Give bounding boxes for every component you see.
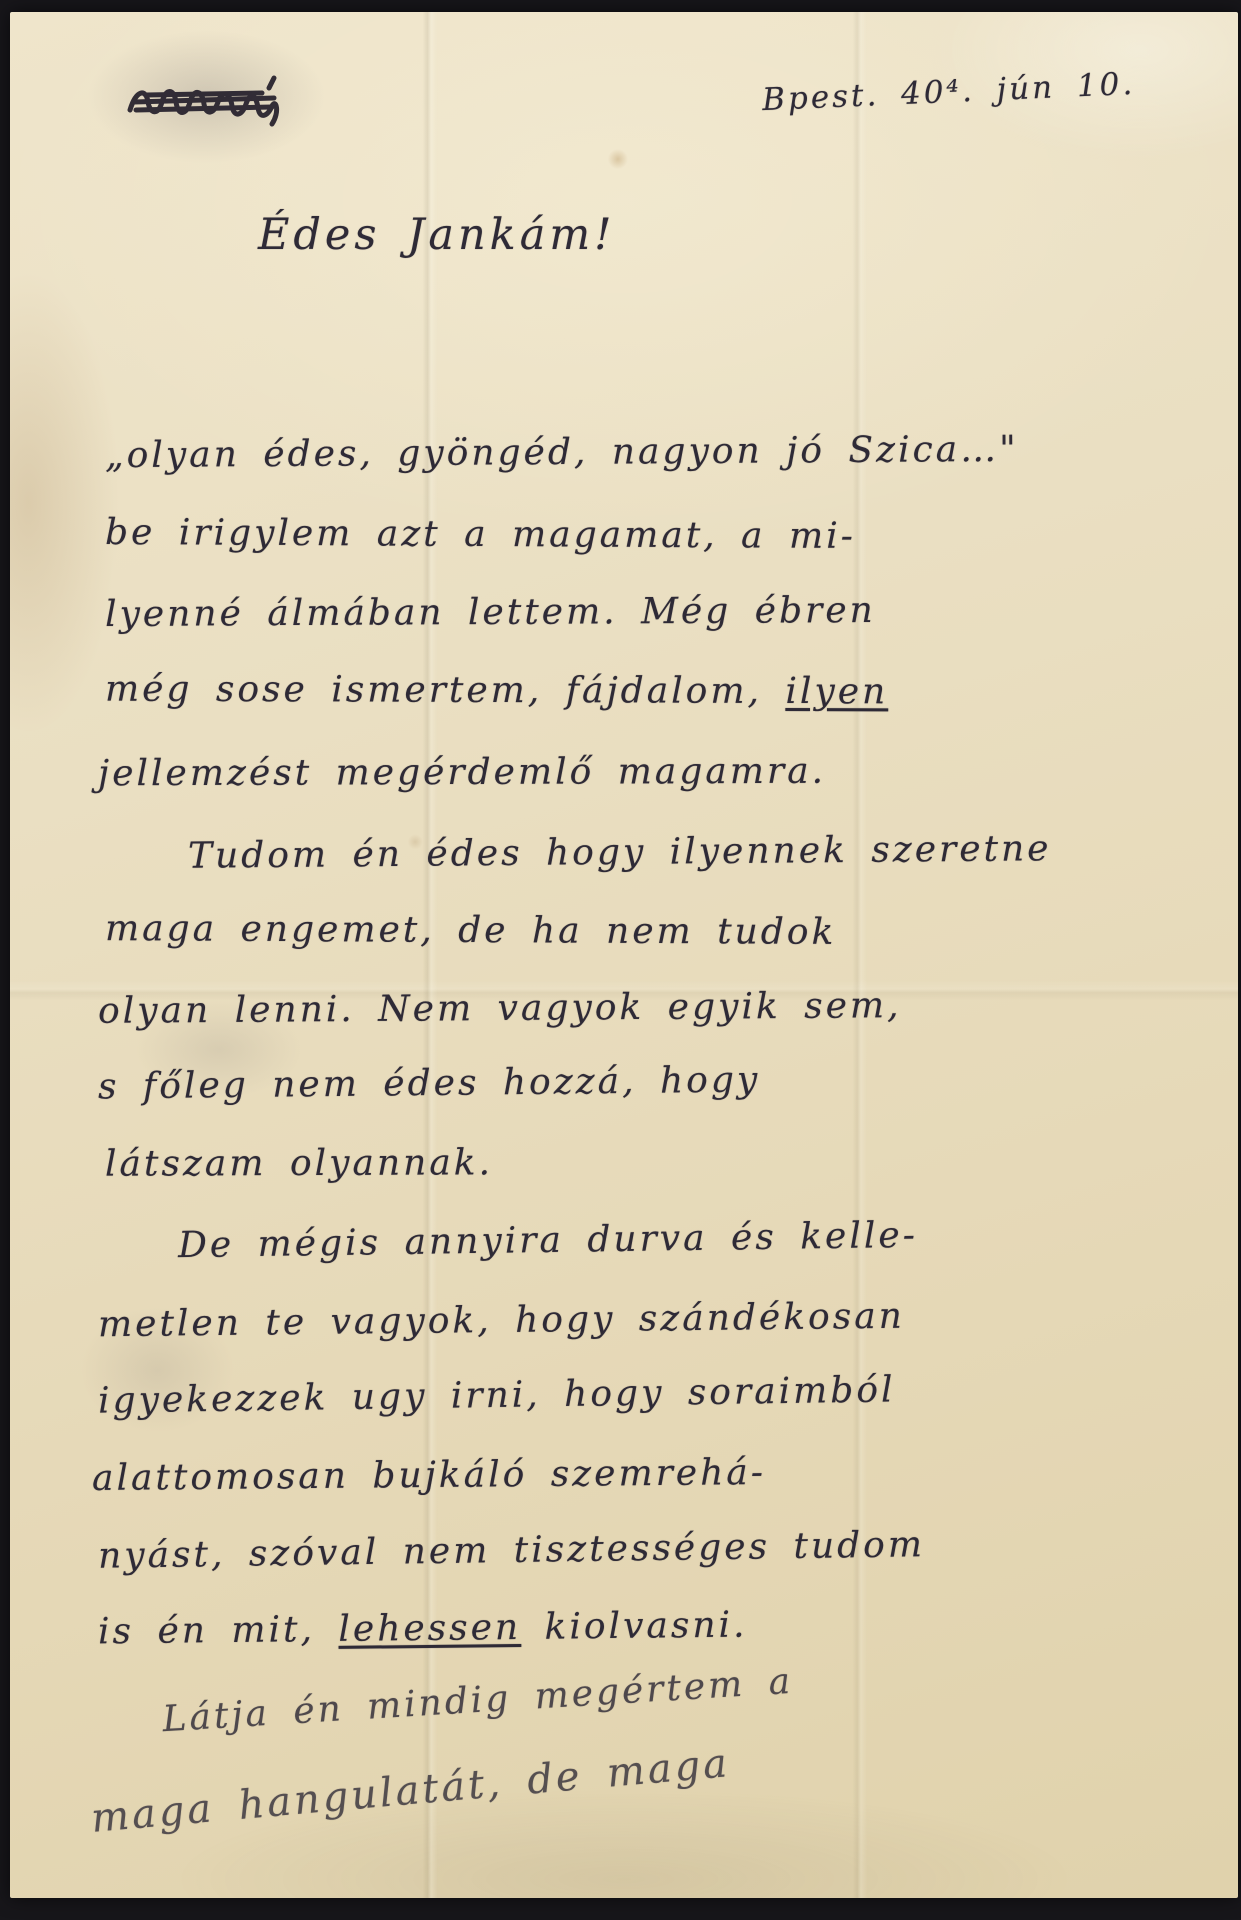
line-text: nyást, szóval nem tisztességes tudom	[98, 1524, 925, 1577]
crossed-out-scribble	[122, 70, 312, 136]
line-text: be irigylem azt a magamat, a mi-	[105, 512, 856, 557]
line-text: jellemzést megérdemlő magamra.	[98, 751, 826, 795]
line-text: Látja én mindig megértem a	[161, 1661, 794, 1740]
letter-paper: Bpest. 40⁴. jún 10. Édes Jankám! „olyan …	[10, 12, 1238, 1898]
line-text: De mégis annyira durva és kelle-	[178, 1215, 918, 1266]
letter-line: is én mit, lehessen kiolvasni.	[98, 1605, 748, 1653]
line-text: maga engemet, de ha nem tudok	[105, 908, 837, 953]
letter-line: nyást, szóval nem tisztességes tudom	[98, 1524, 925, 1577]
letter-line: „olyan édes, gyöngéd, nagyon jó Szica…"	[105, 429, 1019, 476]
letter-line: jellemzést megérdemlő magamra.	[98, 751, 826, 795]
letter-line: még sose ismertem, fájdalom, ilyen	[105, 669, 888, 713]
line-text: lyenné álmában lettem. Még ébren	[105, 590, 876, 635]
underlined-word: ilyen	[785, 671, 888, 712]
line-text: metlen te vagyok, hogy szándékosan	[98, 1296, 905, 1345]
line-text: még sose ismertem, fájdalom,	[105, 669, 786, 712]
letter-line: be irigylem azt a magamat, a mi-	[105, 512, 856, 557]
letter-line: maga hangulatát, de maga	[89, 1740, 732, 1842]
line-text: is én mit,	[98, 1609, 339, 1653]
letter-line: De mégis annyira durva és kelle-	[178, 1215, 918, 1266]
letter-line: olyan lenni. Nem vagyok egyik sem,	[98, 985, 902, 1032]
salutation: Édes Jankám!	[258, 210, 615, 260]
line-text: „olyan édes, gyöngéd, nagyon jó Szica…"	[105, 429, 1019, 476]
line-text: alattomosan bujkáló szemrehá-	[92, 1452, 766, 1499]
letter-line: metlen te vagyok, hogy szándékosan	[98, 1296, 905, 1345]
letter-line: Látja én mindig megértem a	[161, 1661, 794, 1740]
underlined-word: lehessen	[338, 1607, 521, 1650]
dateline: Bpest. 40⁴. jún 10.	[761, 66, 1136, 118]
line-text: látszam olyannak.	[105, 1142, 493, 1184]
line-text: s főleg nem édes hozzá, hogy	[98, 1060, 761, 1108]
line-text: olyan lenni. Nem vagyok egyik sem,	[98, 985, 902, 1032]
line-text: igyekezzek ugy irni, hogy soraimból	[98, 1369, 896, 1421]
letter-line: Tudom én édes hogy ilyennek szeretne	[188, 828, 1052, 877]
letter-line: lyenné álmában lettem. Még ébren	[105, 590, 876, 635]
letter-line: s főleg nem édes hozzá, hogy	[98, 1060, 761, 1108]
line-text: maga hangulatát, de maga	[89, 1740, 732, 1842]
letter-line: látszam olyannak.	[105, 1142, 493, 1184]
letter-line: igyekezzek ugy irni, hogy soraimból	[98, 1369, 896, 1421]
photo-of-letter: { "photo": { "background_color": "#17161…	[0, 0, 1241, 1920]
letter-line: maga engemet, de ha nem tudok	[105, 908, 837, 953]
line-text: kiolvasni.	[521, 1605, 748, 1648]
letter-line: alattomosan bujkáló szemrehá-	[92, 1452, 766, 1499]
line-text: Tudom én édes hogy ilyennek szeretne	[188, 828, 1052, 877]
